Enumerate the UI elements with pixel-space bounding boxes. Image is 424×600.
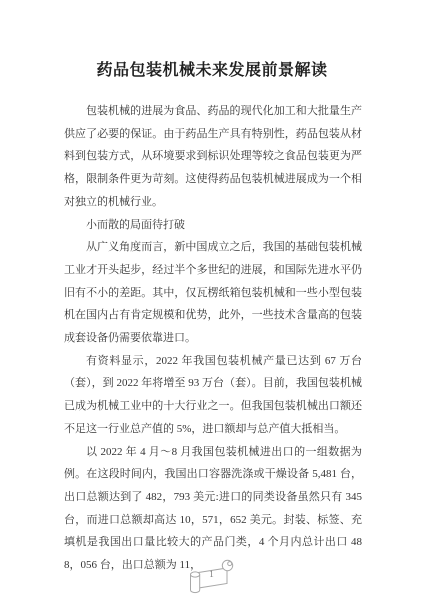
page-number: 1 (187, 569, 237, 579)
section-heading: 小而散的局面待打破 (64, 214, 362, 237)
document-body: 包装机械的进展为食品、药品的现代化加工和大批量生产供应了必要的保证。由于药品生产… (64, 100, 362, 577)
paragraph: 从广义角度而言，新中国成立之后，我国的基础包装机械工业才开头起步，经过半个多世纪… (64, 236, 362, 350)
document-title: 药品包装机械未来发展前景解读 (0, 0, 424, 82)
page-number-scroll-ornament: 1 (187, 557, 237, 595)
paragraph: 有资料显示，2022 年我国包装机械产量已达到 67 万台（套），到 2022 … (64, 350, 362, 441)
document-page: 药品包装机械未来发展前景解读 包装机械的进展为食品、药品的现代化加工和大批量生产… (0, 0, 424, 600)
paragraph: 包装机械的进展为食品、药品的现代化加工和大批量生产供应了必要的保证。由于药品生产… (64, 100, 362, 214)
